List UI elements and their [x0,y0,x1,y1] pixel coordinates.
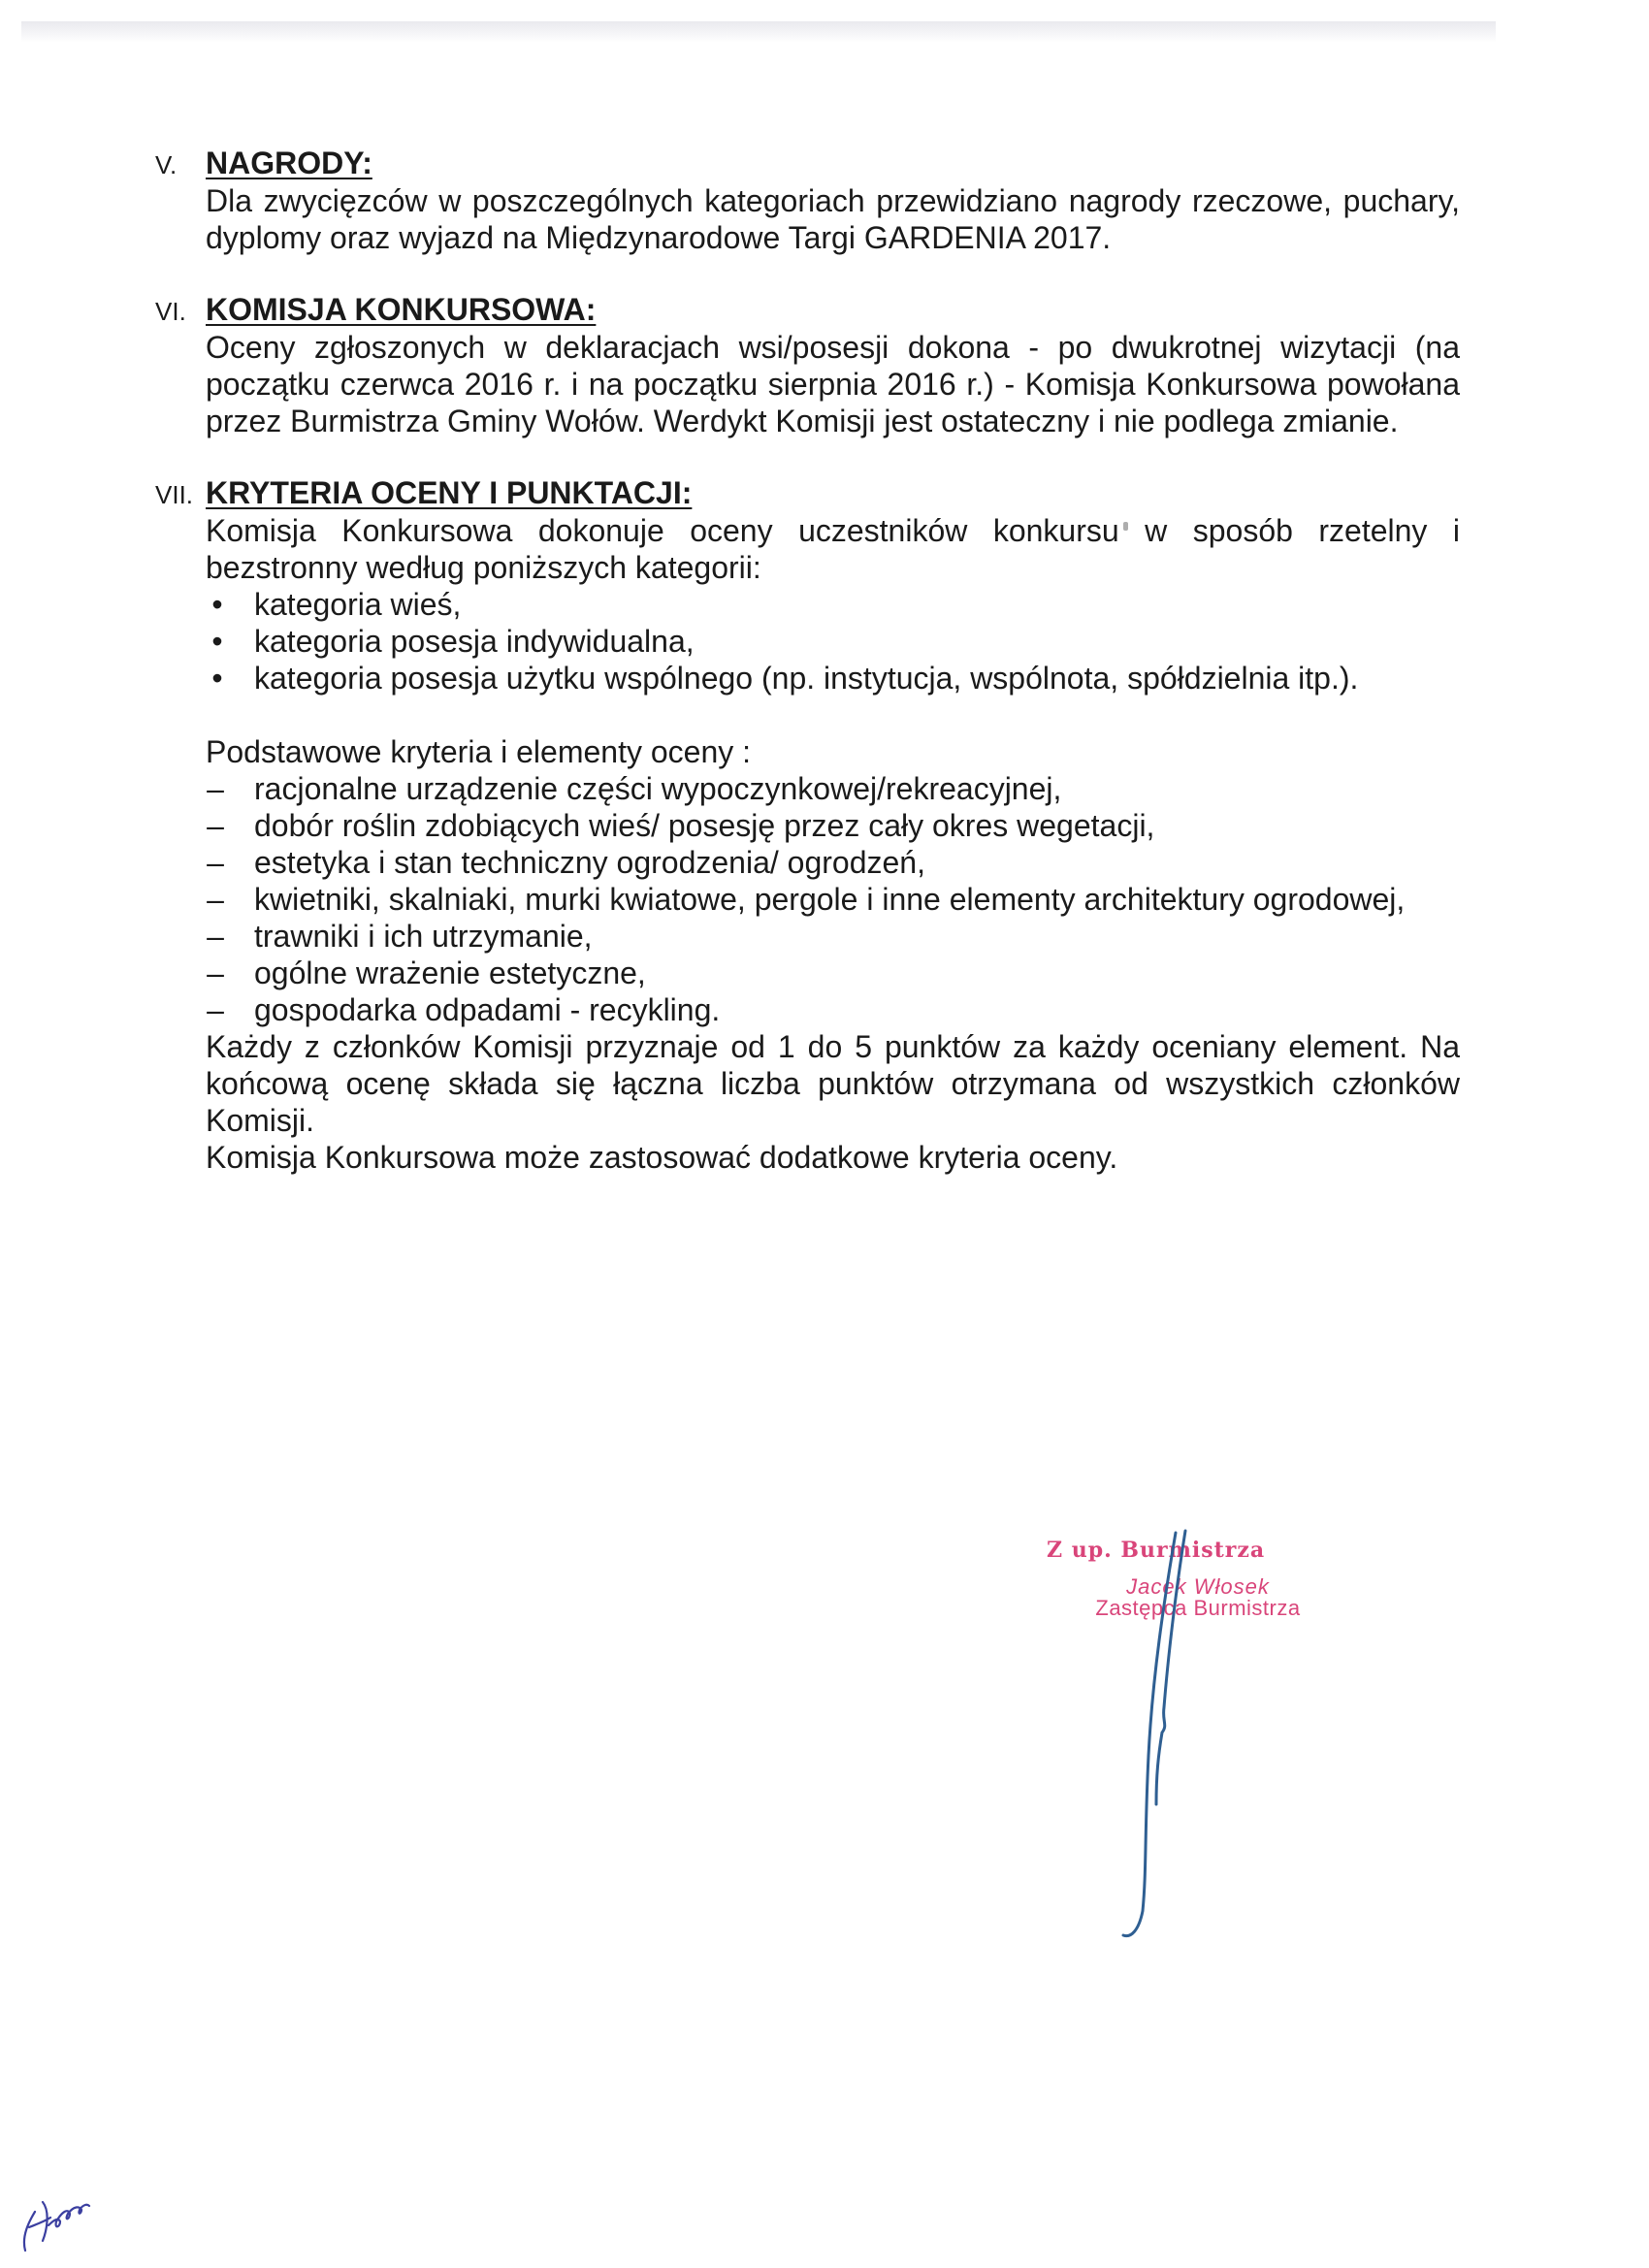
criteria-list-heading: Podstawowe kryteria i elementy oceny : [206,733,1460,770]
dash-icon: – [206,844,225,881]
section-numeral: VI. [155,297,206,327]
dash-icon: – [206,881,225,918]
section-heading: VI. KOMISJA KONKURSOWA: [155,292,1460,329]
section-title: KOMISJA KONKURSOWA: [206,292,596,328]
scan-edge-shadow [21,21,1496,43]
criteria-list: –racjonalne urządzenie części wypoczynko… [206,770,1460,1028]
scan-speck [1123,522,1128,531]
criteria-item: –dobór roślin zdobiących wieś/ posesję p… [206,807,1460,844]
criteria-item: –racjonalne urządzenie części wypoczynko… [206,770,1460,807]
dash-icon: – [206,991,225,1028]
section-kryteria-oceny: VII. KRYTERIA OCENY I PUNKTACJI: Komisja… [155,475,1460,1176]
dash-icon: – [206,955,225,991]
document-page: V. NAGRODY: Dla zwycięzców w poszczególn… [155,146,1460,1212]
section-paragraph: Oceny zgłoszonych w deklaracjach wsi/pos… [206,329,1460,439]
criteria-item: –kwietniki, skalniaki, murki kwiatowe, p… [206,881,1460,918]
category-item: •kategoria posesja indywidualna, [206,623,1460,660]
dash-icon: – [206,770,225,807]
criteria-item: –trawniki i ich utrzymanie, [206,918,1460,955]
bullet-icon: • [208,586,227,623]
bullet-icon: • [208,660,227,697]
section-numeral: VII. [155,480,206,510]
section-title: NAGRODY: [206,146,372,181]
handwritten-initials-icon [0,2144,116,2268]
criteria-item: –gospodarka odpadami - recykling. [206,991,1460,1028]
section-komisja-konkursowa: VI. KOMISJA KONKURSOWA: Oceny zgłoszonyc… [155,292,1460,439]
handwritten-signature-icon [1067,1523,1261,1950]
section-numeral: V. [155,150,206,180]
scoring-paragraph: Każdy z członków Komisji przyznaje od 1 … [206,1028,1460,1139]
extra-criteria-paragraph: Komisja Konkursowa może zastosować dodat… [206,1139,1460,1176]
dash-icon: – [206,807,225,844]
criteria-intro-paragraph: Komisja Konkursowa dokonuje oceny uczest… [206,512,1460,586]
section-paragraph: Dla zwycięzców w poszczególnych kategori… [206,182,1460,256]
section-title: KRYTERIA OCENY I PUNKTACJI: [206,475,692,511]
section-heading: V. NAGRODY: [155,146,1460,182]
section-nagrody: V. NAGRODY: Dla zwycięzców w poszczególn… [155,146,1460,256]
category-item: •kategoria posesja użytku wspólnego (np.… [206,660,1460,697]
criteria-item: –estetyka i stan techniczny ogrodzenia/ … [206,844,1460,881]
dash-icon: – [206,918,225,955]
category-list: •kategoria wieś, •kategoria posesja indy… [206,586,1460,697]
bullet-icon: • [208,623,227,660]
criteria-item: –ogólne wrażenie estetyczne, [206,955,1460,991]
section-heading: VII. KRYTERIA OCENY I PUNKTACJI: [155,475,1460,512]
category-item: •kategoria wieś, [206,586,1460,623]
